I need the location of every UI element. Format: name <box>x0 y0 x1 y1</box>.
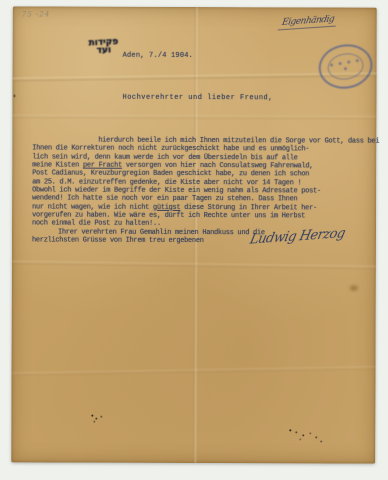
oval-seal-glyphs: ∗ ∗ ∗ ∗ ∗ <box>326 51 366 83</box>
stain <box>348 284 360 293</box>
ink-stamp: פקידות ועד <box>84 38 123 56</box>
handwritten-note: Eigenhändig <box>278 14 338 30</box>
ink-speckle <box>289 429 291 431</box>
oval-seal-stamp: ∗ ∗ ∗ ∗ ∗ <box>315 40 376 93</box>
fold-crease-horizontal <box>12 114 376 119</box>
dateline: Aden, 7./4 1904. <box>123 52 193 60</box>
scan-background: 75 -24 Eigenhändig פקידות ועד ∗ ∗ ∗ ∗ ∗ … <box>0 0 388 480</box>
ink-speckle <box>91 415 93 417</box>
pencil-note: 75 -24 <box>22 10 51 18</box>
ink-speckle <box>13 94 15 97</box>
letter-paper: 75 -24 Eigenhändig פקידות ועד ∗ ∗ ∗ ∗ ∗ … <box>11 6 377 463</box>
salutation: Hochverehrter und lieber Freund, <box>122 94 272 103</box>
